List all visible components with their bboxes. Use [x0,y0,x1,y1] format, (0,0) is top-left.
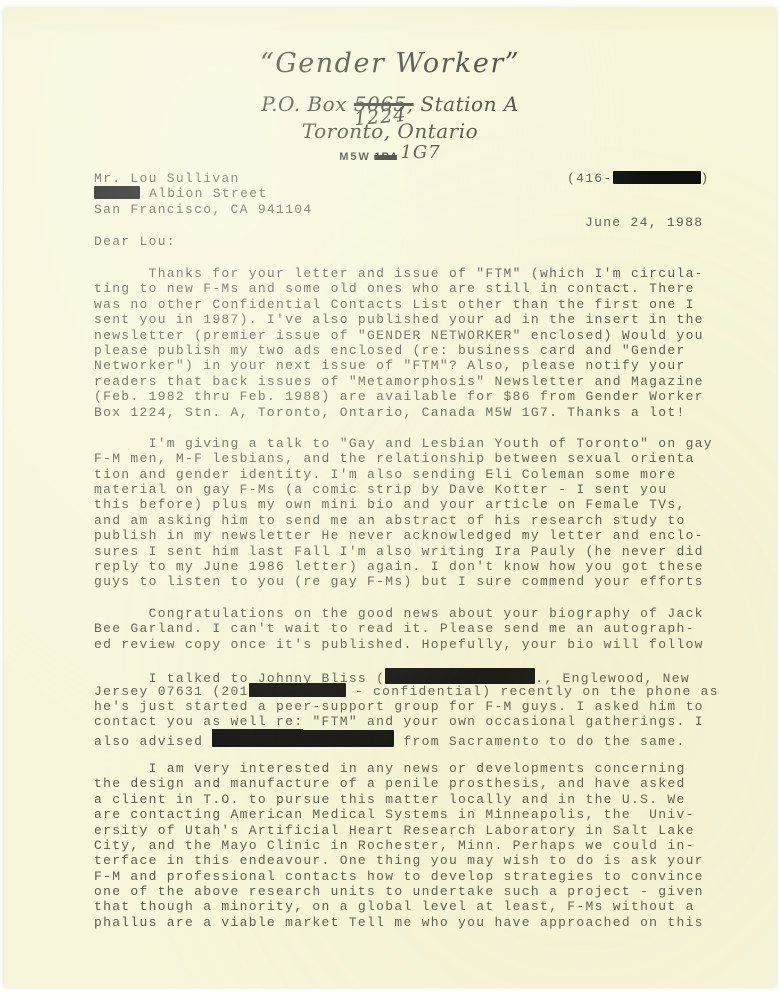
letter-line: are contacting American Medical Systems … [94,807,754,822]
letter-line: guys to listen to you (re gay F-Ms) but … [94,574,754,589]
letter-line: ersity of Utah's Artificial Heart Resear… [94,823,754,838]
letter-line: Congratulations on the good news about y… [94,606,754,621]
text-run: newsletter (premier issue of "GENDER NET… [94,328,704,343]
letter-line: was no other Confidential Contacts List … [94,297,754,312]
postal-code-struck: 1P4 [374,151,397,163]
text-run: F-M and professional contacts how to dev… [94,869,704,884]
text-run: Networker") in your next issue of "FTM"?… [94,358,686,373]
text-run: please publish my two ads enclosed (re: … [94,343,686,358]
paragraph: I talked to Johnny Bliss (., Englewood, … [94,668,754,745]
text-run: I'm giving a talk to "Gay and Lesbian Yo… [94,436,713,451]
text-run: contact you a [94,714,212,729]
letter-line: F-M men, M-F lesbians, and the relations… [94,451,754,466]
text-run: are contacting American Medical Systems … [94,807,695,822]
paragraph: Congratulations on the good news about y… [94,606,754,652]
text-run: Mr. Lou Sullivan [94,171,240,186]
text-run: also advised [94,734,212,749]
redaction-box [613,171,701,184]
phone-number-line: (416-) [567,171,710,186]
letter-line: ting to new F-Ms and some old ones who a… [94,281,754,296]
text-run: ting to new F-Ms and some old ones who a… [94,281,695,296]
text-run: material on gay F-Ms (a comic strip by D… [94,482,667,497]
text-run: that though a minority, on a global leve… [94,899,695,914]
scanned-letter: “Gender Worker” P.O. Box 5065, Station A… [0,0,780,1000]
letter-line: I am very interested in any news or deve… [94,761,754,776]
paragraph: Thanks for your letter and issue of "FTM… [94,266,754,420]
text-run: Albion Street [140,186,267,201]
letter-line: this before) plus my own mini bio and yo… [94,497,754,512]
letter-line: I talked to Johnny Bliss (., Englewood, … [94,668,754,683]
text-run: tion and gender identity. I'm also sendi… [94,467,676,482]
text-run: a client in T.O. to pursue this matter l… [94,792,686,807]
text-run: "FTM" and your own occasional gatherings… [303,714,703,729]
letter-line: phallus are a viable market Tell me who … [94,915,754,930]
letter-line: F-M and professional contacts how to dev… [94,869,754,884]
letter-line: Bee Garland. I can't wait to read it. Pl… [94,621,754,636]
text-run: readers that back issues of "Metamorphos… [94,374,704,389]
po-box-prefix: P.O. Box [261,92,354,116]
letter-line: that though a minority, on a global leve… [94,899,754,914]
text-run: I am very interested in any news or deve… [94,761,686,776]
text-run: San Francisco, CA 941104 [94,202,312,217]
letter-line: San Francisco, CA 941104 [94,202,312,217]
text-run: sures I sent him last Fall I'm also writ… [94,544,704,559]
letter-line: please publish my two ads enclosed (re: … [94,343,754,358]
letter-line: Box 1224, Stn. A, Toronto, Ontario, Cana… [94,405,754,420]
paragraph: I am very interested in any news or deve… [94,761,754,930]
letter-line: also advised from Sacramento to do the s… [94,730,754,745]
letter-body: Thanks for your letter and issue of "FTM… [94,266,754,946]
text-run: F-M men, M-F lesbians, and the relations… [94,451,695,466]
text-run: Congratulations on the good news about y… [94,606,704,621]
text-run: Thanks for your letter and issue of "FTM… [94,266,704,281]
redaction-box [94,186,140,199]
text-run: ) [701,171,710,186]
postal-code-handwritten-correction: 1G7 [400,142,440,163]
redaction-box [249,683,346,697]
text-run: and am asking him to send me an abstract… [94,513,686,528]
letter-line: Albion Street [94,186,312,201]
letter-line: a client in T.O. to pursue this matter l… [94,792,754,807]
letter-line: newsletter (premier issue of "GENDER NET… [94,328,754,343]
letter-line: ed review copy once it's published. Hope… [94,637,754,652]
text-run: one of the above research units to under… [94,884,704,899]
text-run: City, and the Mayo Clinic in Rochester, … [94,838,695,853]
letter-line: and am asking him to send me an abstract… [94,513,754,528]
letter-line: publish in my newsletter He never acknow… [94,528,754,543]
text-run: sent you in 1987). I've also published y… [94,312,704,327]
text-run: Bee Garland. I can't wait to read it. Pl… [94,621,695,636]
letter-line: tion and gender identity. I'm also sendi… [94,467,754,482]
letter-line: contact you as well re: "FTM" and your o… [94,714,754,729]
letter-line: material on gay F-Ms (a comic strip by D… [94,482,754,497]
redaction-box [212,730,394,747]
text-run: phallus are a viable market Tell me who … [94,915,704,930]
letter-line: he's just started a peer-support group f… [94,699,754,714]
text-run: was no other Confidential Contacts List … [94,297,695,312]
text-run: guys to listen to you (re gay F-Ms) but … [94,574,704,589]
text-run: from Sacramento to do the same. [394,734,685,749]
text-run: he's just started a peer-support group f… [94,699,704,714]
letterhead-city-line: Toronto, Ontario [4,119,776,143]
letter-paper: “Gender Worker” P.O. Box 5065, Station A… [4,8,776,987]
paragraph: I'm giving a talk to "Gay and Lesbian Yo… [94,436,754,590]
text-run: ed review copy once it's published. Hope… [94,637,704,652]
letter-line: sent you in 1987). I've also published y… [94,312,754,327]
letter-line: Jersey 07631 (201 - confidential) recent… [94,683,754,698]
postal-code-prefix: M5W [339,151,371,163]
recipient-address-block: Mr. Lou Sullivan Albion StreetSan Franci… [94,171,312,217]
letter-line: Thanks for your letter and issue of "FTM… [94,266,754,281]
letter-line: one of the above research units to under… [94,884,754,899]
letter-line: sures I sent him last Fall I'm also writ… [94,544,754,559]
text-run: Jersey 07631 (201 [94,684,249,699]
text-run: (416- [567,171,613,186]
po-box-station: Station A [414,92,519,116]
text-run: - confidential) recently on the phone as [346,684,719,699]
letterhead-postal-line: M5W 1P4 1G7 [4,144,776,165]
letter-line: I'm giving a talk to "Gay and Lesbian Yo… [94,436,754,451]
text-run: this before) plus my own mini bio and yo… [94,497,686,512]
redaction-box [385,668,535,684]
letter-date: June 24, 1988 [585,215,703,230]
letter-line: reply to my June 1986 letter) again. I d… [94,559,754,574]
text-run: ersity of Utah's Artificial Heart Resear… [94,823,695,838]
letter-line: terface in this endeavour. One thing you… [94,853,754,868]
text-run: publish in my newsletter He never acknow… [94,528,704,543]
text-run: (Feb. 1982 thru Feb. 1988) are available… [94,389,704,404]
letter-line: City, and the Mayo Clinic in Rochester, … [94,838,754,853]
text-run: Box 1224, Stn. A, Toronto, Ontario, Cana… [94,405,686,420]
letterhead-title: “Gender Worker” [4,48,776,79]
letter-line: Networker") in your next issue of "FTM"?… [94,358,754,373]
text-run: terface in this endeavour. One thing you… [94,853,704,868]
letter-line: Mr. Lou Sullivan [94,171,312,186]
letter-line: the design and manufacture of a penile p… [94,776,754,791]
letter-line: readers that back issues of "Metamorphos… [94,374,754,389]
salutation: Dear Lou: [94,234,176,249]
text-run: reply to my June 1986 letter) again. I d… [94,559,704,574]
text-run: the design and manufacture of a penile p… [94,776,686,791]
letter-line: (Feb. 1982 thru Feb. 1988) are available… [94,389,754,404]
